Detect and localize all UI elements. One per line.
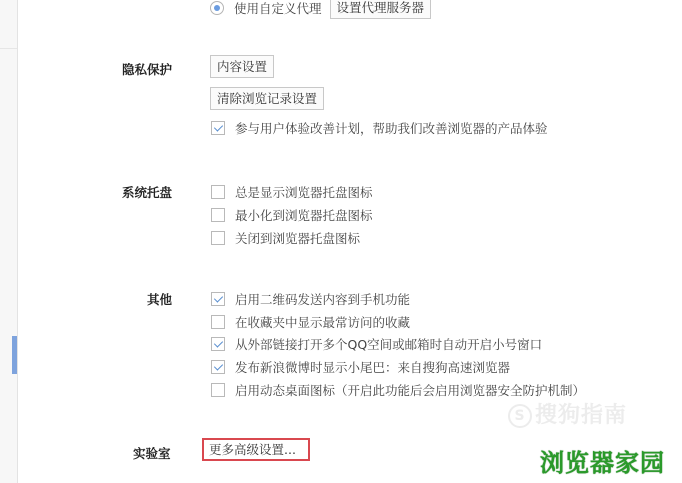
custom-proxy-label: 使用自定义代理 <box>234 0 322 17</box>
other-section-label: 其他 <box>147 290 172 308</box>
alt-account-label: 从外部链接打开多个QQ空间或邮箱时自动开启小号窗口 <box>235 335 542 353</box>
clear-history-settings-button[interactable]: 清除浏览记录设置 <box>210 87 324 110</box>
tray-close-label: 关闭到浏览器托盘图标 <box>235 229 360 247</box>
sogou-logo-icon: S <box>508 404 532 428</box>
tray-minimize-checkbox[interactable] <box>211 208 225 222</box>
set-proxy-server-button[interactable]: 设置代理服务器 <box>330 0 432 19</box>
ux-plan-option[interactable]: 参与用户体验改善计划，帮助我们改善浏览器的产品体验 <box>211 119 548 137</box>
qrcode-checkbox[interactable] <box>211 292 225 306</box>
dynamic-icon-label: 启用动态桌面图标（开启此功能后会启用浏览器安全防护机制） <box>235 381 585 399</box>
tray-close-checkbox[interactable] <box>211 231 225 245</box>
tray-option-close[interactable]: 关闭到浏览器托盘图标 <box>211 229 360 247</box>
content-settings-button[interactable]: 内容设置 <box>210 55 274 78</box>
qrcode-label: 启用二维码发送内容到手机功能 <box>235 290 410 308</box>
weibo-tail-checkbox[interactable] <box>211 360 225 374</box>
sidebar-active-indicator <box>12 336 17 374</box>
browser-home-watermark: 浏览器家园 <box>540 443 665 478</box>
alt-account-checkbox[interactable] <box>211 337 225 351</box>
tray-minimize-label: 最小化到浏览器托盘图标 <box>235 206 373 224</box>
tray-option-minimize[interactable]: 最小化到浏览器托盘图标 <box>211 206 373 224</box>
privacy-section-label: 隐私保护 <box>122 60 172 78</box>
proxy-row: 使用自定义代理 设置代理服务器 <box>210 0 431 19</box>
settings-sidebar <box>0 0 18 483</box>
custom-proxy-radio[interactable] <box>210 1 224 15</box>
sogou-guide-watermark: S搜狗指南 <box>508 398 627 429</box>
tray-always-checkbox[interactable] <box>211 185 225 199</box>
weibo-tail-label: 发布新浪微博时显示小尾巴：来自搜狗高速浏览器 <box>235 358 510 376</box>
other-option-qrcode[interactable]: 启用二维码发送内容到手机功能 <box>211 290 410 308</box>
sogou-guide-text: 搜狗指南 <box>535 403 627 428</box>
dynamic-icon-checkbox[interactable] <box>211 383 225 397</box>
ux-plan-checkbox[interactable] <box>211 121 225 135</box>
frequent-favorites-label: 在收藏夹中显示最常访问的收藏 <box>235 313 410 331</box>
lab-section-label: 实验室 <box>133 444 171 462</box>
other-option-frequent-favorites[interactable]: 在收藏夹中显示最常访问的收藏 <box>211 313 410 331</box>
ux-plan-label: 参与用户体验改善计划，帮助我们改善浏览器的产品体验 <box>235 119 548 137</box>
frequent-favorites-checkbox[interactable] <box>211 315 225 329</box>
other-option-dynamic-icon[interactable]: 启用动态桌面图标（开启此功能后会启用浏览器安全防护机制） <box>211 381 585 399</box>
sidebar-divider <box>0 48 17 49</box>
other-option-weibo-tail[interactable]: 发布新浪微博时显示小尾巴：来自搜狗高速浏览器 <box>211 358 510 376</box>
more-advanced-settings-button[interactable]: 更多高级设置... <box>202 438 310 461</box>
tray-section-label: 系统托盘 <box>122 183 172 201</box>
tray-option-always[interactable]: 总是显示浏览器托盘图标 <box>211 183 373 201</box>
tray-always-label: 总是显示浏览器托盘图标 <box>235 183 373 201</box>
other-option-alt-account[interactable]: 从外部链接打开多个QQ空间或邮箱时自动开启小号窗口 <box>211 335 542 353</box>
